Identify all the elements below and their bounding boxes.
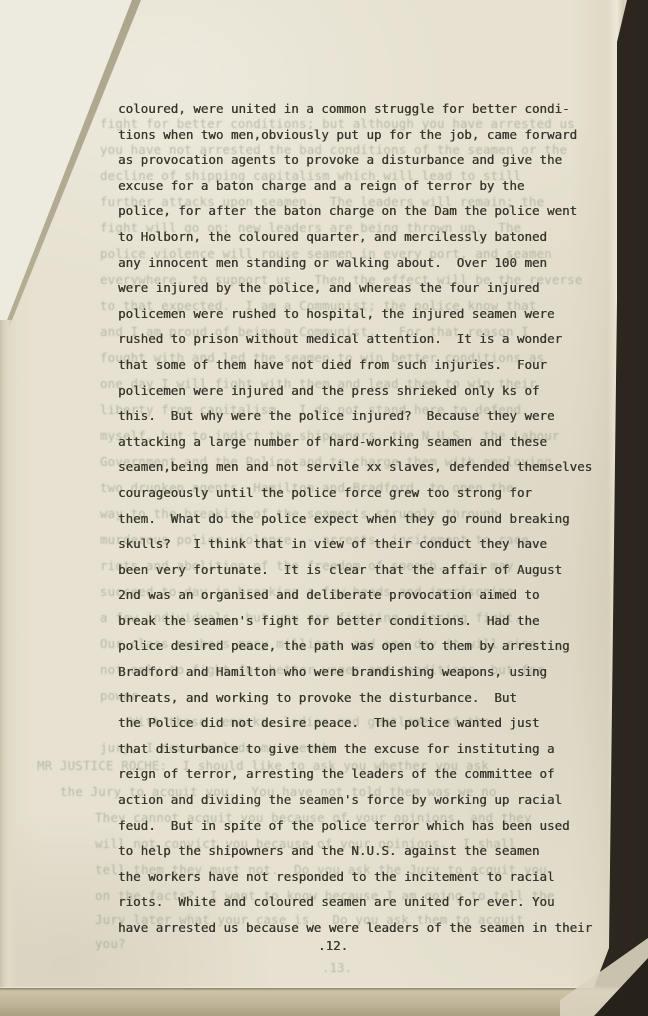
page-number: .12. — [318, 938, 348, 953]
typed-line: them. What do the police expect when the… — [118, 506, 618, 532]
scanned-document: fight for better conditions; but althoug… — [0, 0, 648, 1016]
typed-line: seamen,being men and not servile xx slav… — [118, 454, 618, 480]
typed-line: riots. White and coloured seamen are uni… — [118, 889, 618, 915]
typed-line: policemen were rushed to hospital, the i… — [118, 301, 618, 327]
typed-line: excuse for a baton charge and a reign of… — [118, 173, 618, 199]
ghost-page-number: .13. — [322, 960, 352, 975]
typed-line: policemen were injured and the press shr… — [118, 378, 618, 404]
typed-line: the Police did not desire peace. The pol… — [118, 710, 618, 736]
typed-line: reign of terror, arresting the leaders o… — [118, 761, 618, 787]
typed-line: the workers have not responded to the in… — [118, 864, 618, 890]
page-left-edge — [0, 320, 18, 1016]
scanned-page: fight for better conditions; but althoug… — [0, 0, 648, 1016]
page-stack-bottom-edge — [0, 988, 648, 1016]
typed-line: skulls? I think that in view of their co… — [118, 531, 618, 557]
typed-line: to Holborn, the coloured quarter, and me… — [118, 224, 618, 250]
typed-text-block: coloured, were united in a common strugg… — [118, 96, 618, 941]
typed-line: this. But why were the police injured? B… — [118, 403, 618, 429]
typed-line: rushed to prison without medical attenti… — [118, 326, 618, 352]
typed-line: have arrested us because we were leaders… — [118, 915, 618, 941]
typed-line: courageously until the police force grew… — [118, 480, 618, 506]
typed-line: coloured, were united in a common strugg… — [118, 96, 618, 122]
typed-line: been very fortunate. It is clear that th… — [118, 557, 618, 583]
typed-line: 2nd was an organised and deliberate prov… — [118, 582, 618, 608]
typed-line: that disturbance to give them the excuse… — [118, 736, 618, 762]
typed-line: threats, and working to provoke the dist… — [118, 685, 618, 711]
typed-line: any innocent men standing or walking abo… — [118, 250, 618, 276]
typed-line: as provocation agents to provoke a distu… — [118, 147, 618, 173]
previous-page-text-fragments: MR JUSTICE ROpitting provword. I — [0, 0, 77, 146]
typed-line: police, for after the baton charge on th… — [118, 198, 618, 224]
typed-line: tions when two men,obviously put up for … — [118, 122, 618, 148]
typed-line: Bradford and Hamilton who were brandishi… — [118, 659, 618, 685]
typed-line: feud. But in spite of the police terror … — [118, 813, 618, 839]
typed-line: attacking a large number of hard-working… — [118, 429, 618, 455]
typed-line: break the seamen's fight for better cond… — [118, 608, 618, 634]
typed-line: to help the shipowners and the N.U.S. ag… — [118, 838, 618, 864]
typed-line: that some of them have not died from suc… — [118, 352, 618, 378]
typed-line: action and dividing the seamen's force b… — [118, 787, 618, 813]
typed-line: were injured by the police, and whereas … — [118, 275, 618, 301]
typed-line: police desired peace, the path was open … — [118, 633, 618, 659]
